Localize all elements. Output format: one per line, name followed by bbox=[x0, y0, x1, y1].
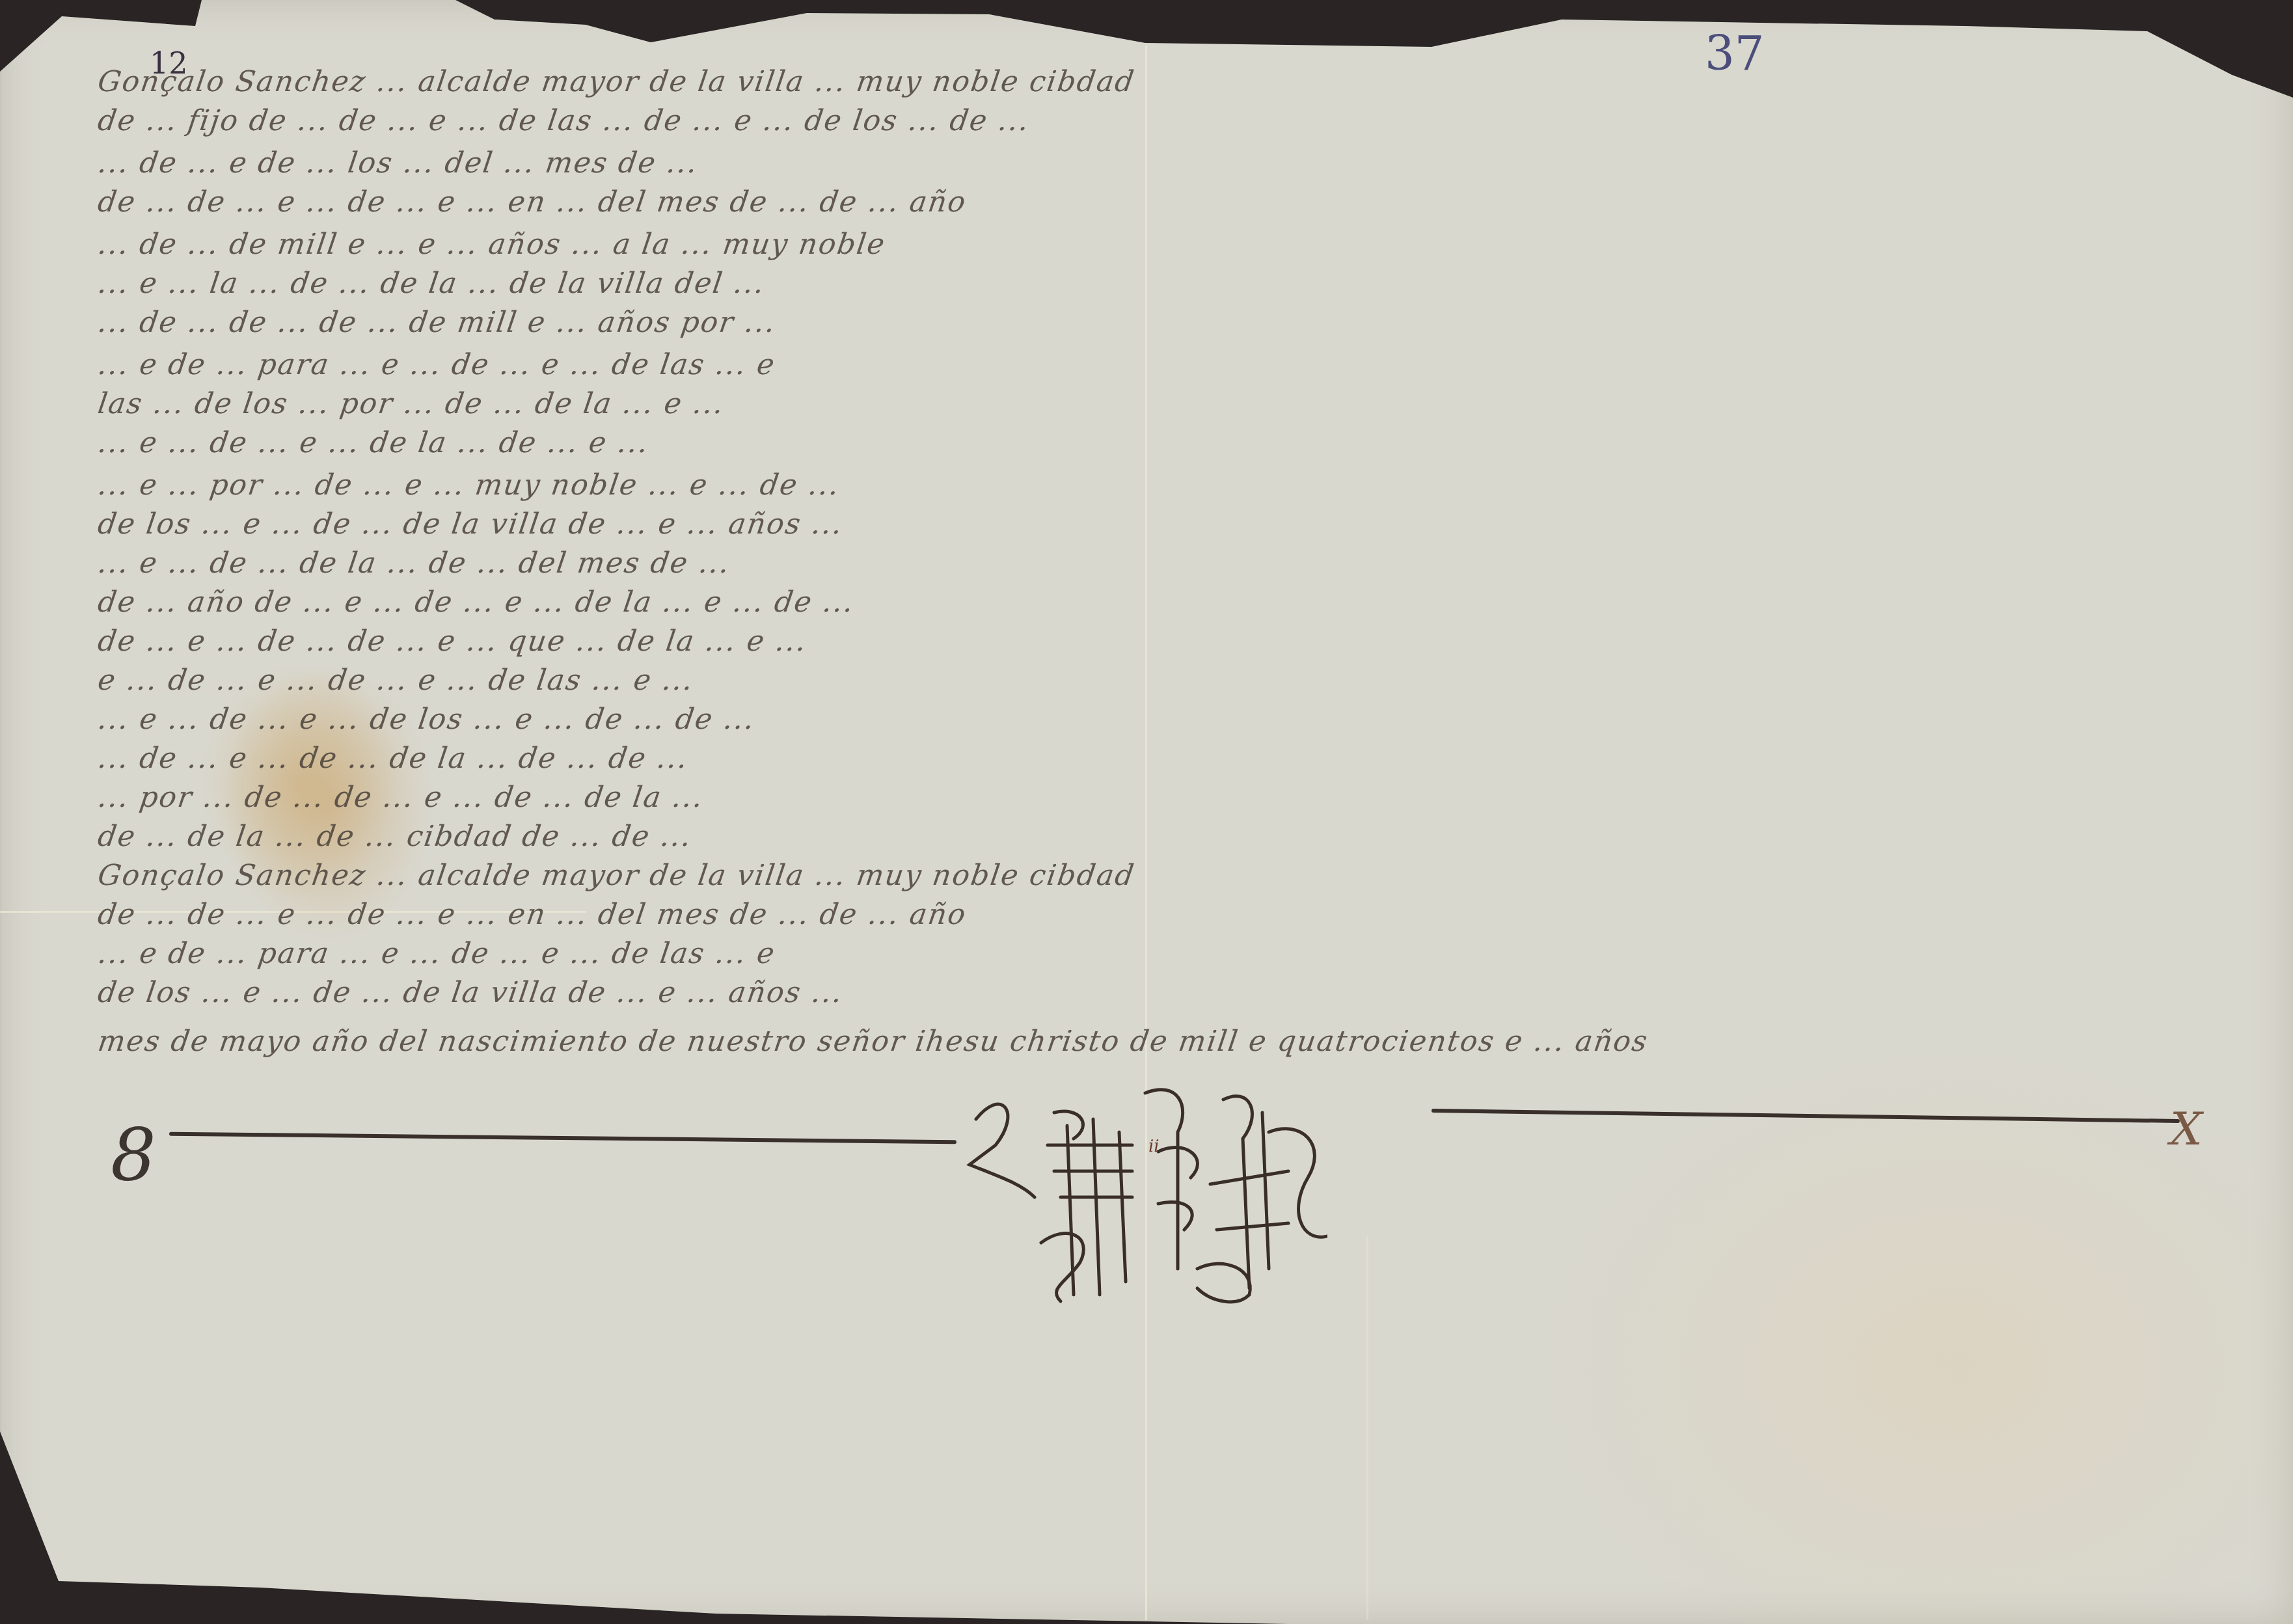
text-line: mes de mayo año del nascimiento de nuest… bbox=[95, 1025, 2020, 1065]
text-line: de ... de ... e ... de ... e ... en ... … bbox=[95, 898, 2222, 938]
text-line: ... e ... la ... de ... de la ... de la … bbox=[95, 267, 2222, 307]
text-line: ... e de ... para ... e ... de ... e ...… bbox=[95, 348, 2222, 388]
text-line: de ... e ... de ... de ... e ... que ...… bbox=[95, 625, 2222, 665]
text-line: ... de ... de mill e ... e ... años ... … bbox=[95, 228, 2222, 268]
text-line: Gonçalo Sanchez ... alcalde mayor de la … bbox=[95, 859, 2222, 899]
text-line: de ... fijo de ... de ... e ... de las .… bbox=[95, 104, 2222, 144]
text-line: de ... de la ... de ... cibdad de ... de… bbox=[95, 820, 2222, 860]
text-line: Gonçalo Sanchez ... alcalde mayor de la … bbox=[95, 65, 2222, 105]
text-line: ... de ... de ... de ... de mill e ... a… bbox=[95, 306, 2222, 346]
text-line: ... e ... de ... de la ... de ... del me… bbox=[95, 547, 2222, 587]
right-margin-mark: X bbox=[2170, 1106, 2203, 1152]
text-line: de los ... e ... de ... de la villa de .… bbox=[95, 507, 2222, 548]
text-line: de ... año de ... e ... de ... e ... de … bbox=[95, 586, 2222, 626]
vertical-fold-crease bbox=[1366, 1236, 1368, 1620]
notarial-sign-icon: ii bbox=[963, 1074, 1327, 1314]
text-line: ... de ... e de ... los ... del ... mes … bbox=[95, 146, 2222, 187]
text-line: ... de ... e ... de ... de la ... de ...… bbox=[95, 742, 2222, 782]
text-line: ... e de ... para ... e ... de ... e ...… bbox=[95, 937, 2222, 977]
text-line: las ... de los ... por ... de ... de la … bbox=[95, 387, 2222, 427]
closing-mark: 8 bbox=[111, 1119, 157, 1191]
text-line: de los ... e ... de ... de la villa de .… bbox=[95, 976, 2222, 1016]
text-line: de ... de ... e ... de ... e ... en ... … bbox=[95, 185, 2222, 226]
text-line: ... e ... de ... e ... de los ... e ... … bbox=[95, 703, 2222, 743]
text-line: ... por ... de ... de ... e ... de ... d… bbox=[95, 781, 2222, 821]
text-line: ... e ... por ... de ... e ... muy noble… bbox=[95, 468, 2222, 509]
svg-text:ii: ii bbox=[1148, 1137, 1160, 1156]
text-line: ... e ... de ... e ... de la ... de ... … bbox=[95, 426, 2222, 467]
text-line: e ... de ... e ... de ... e ... de las .… bbox=[95, 664, 2222, 704]
